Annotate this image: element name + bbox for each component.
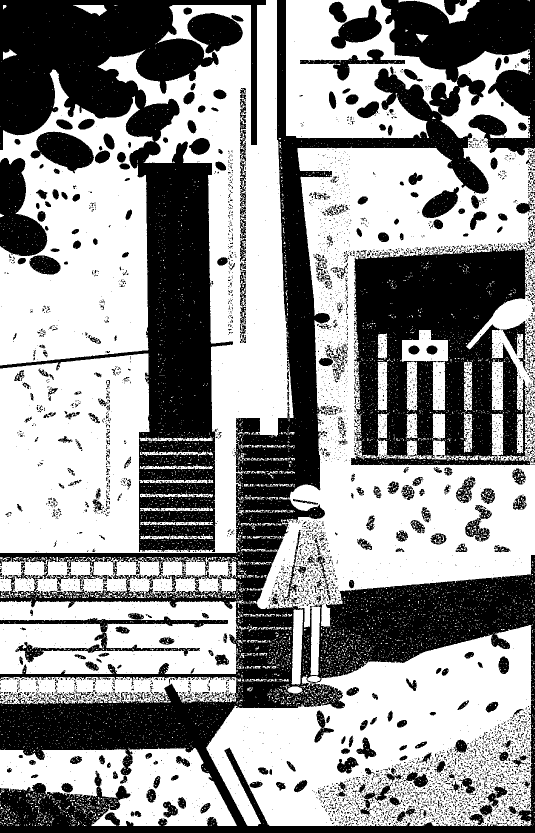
window-sign-mark <box>427 346 438 355</box>
left-border-top <box>0 0 3 150</box>
texture-blob <box>159 637 175 644</box>
brick <box>15 579 34 591</box>
brick <box>39 680 55 692</box>
texture-blob <box>423 774 426 778</box>
stripe <box>140 438 213 441</box>
bottom-border <box>0 826 535 833</box>
stripe <box>238 458 295 461</box>
brick <box>48 562 67 575</box>
brick <box>77 680 93 692</box>
stripe <box>238 614 295 617</box>
window-divider <box>483 332 488 455</box>
wall-streak-2 <box>228 150 233 335</box>
window-bar <box>517 334 523 453</box>
photo-scene <box>0 0 535 833</box>
brick <box>115 680 131 692</box>
texture-blob <box>281 518 289 523</box>
brick <box>94 562 113 575</box>
corner-highlight <box>260 145 278 435</box>
door-streak-2 <box>178 210 184 460</box>
window-mullion <box>357 410 525 414</box>
brick <box>140 562 159 575</box>
brick <box>2 562 21 575</box>
top-border <box>0 0 266 5</box>
dithered-photo <box>0 0 535 833</box>
pole-line-right <box>277 0 286 140</box>
texture-blob <box>176 143 183 162</box>
pipe-bracket <box>314 313 330 323</box>
stripe <box>238 484 295 487</box>
window-bar <box>492 330 503 455</box>
photo-canvas <box>0 0 535 833</box>
brick <box>0 579 11 591</box>
right-edge-lower <box>531 555 535 833</box>
child-hand <box>257 597 269 609</box>
stripe <box>238 627 295 630</box>
window-jamb-light <box>348 256 354 461</box>
child-face-shadow <box>307 507 325 519</box>
corner-highlight-top <box>259 0 275 145</box>
stripe <box>140 522 213 525</box>
texture-blob <box>50 249 59 252</box>
brick-course-lower <box>0 674 245 704</box>
stripe <box>238 679 295 682</box>
window-mullion <box>357 438 467 441</box>
stripe <box>238 471 295 474</box>
brick <box>1 680 17 692</box>
brick <box>191 680 207 692</box>
ledge-gap <box>468 138 488 148</box>
wall-streak-1 <box>240 88 246 343</box>
texture-blob <box>517 582 528 598</box>
window-latch <box>419 330 431 340</box>
child-shadow <box>267 683 343 707</box>
texture-blob <box>417 79 423 82</box>
stripe <box>140 536 213 539</box>
brick <box>153 579 172 591</box>
window-sign-mark <box>409 346 420 355</box>
brick <box>38 579 57 591</box>
texture-blob <box>490 158 497 170</box>
pipe-bracket <box>319 358 333 366</box>
wall-seam-line <box>300 60 405 64</box>
brick <box>210 680 226 692</box>
brick <box>58 680 74 692</box>
brick <box>199 579 218 591</box>
brick <box>176 579 195 591</box>
brick <box>130 579 149 591</box>
brick <box>71 562 90 575</box>
stripe <box>238 445 295 448</box>
stripe <box>140 466 213 469</box>
brick <box>84 579 103 591</box>
brick <box>134 680 150 692</box>
door-streak-1 <box>158 195 166 465</box>
brick <box>96 680 112 692</box>
child-leg-right <box>310 606 321 676</box>
child-shoe <box>307 676 321 683</box>
stripe <box>238 510 295 513</box>
brick <box>209 562 228 575</box>
right-border-top <box>530 0 535 145</box>
stripe <box>140 452 213 455</box>
window <box>344 242 535 469</box>
child-leg-left <box>291 609 304 685</box>
texture-blob <box>10 816 16 819</box>
ground-streak-2 <box>20 648 200 651</box>
pole-line-left <box>251 0 257 145</box>
brick <box>117 562 136 575</box>
brick <box>61 579 80 591</box>
brick <box>163 562 182 575</box>
child-shoe <box>287 686 303 694</box>
stripe <box>238 523 295 526</box>
stripe <box>140 480 213 483</box>
ledge <box>287 138 535 148</box>
brick <box>25 562 44 575</box>
wall-streak-3 <box>106 380 110 510</box>
brick <box>186 562 205 575</box>
texture-blob <box>128 142 131 148</box>
stripe <box>140 494 213 497</box>
corner-shadow <box>318 145 350 463</box>
window-bar <box>378 334 387 455</box>
ground-streak-1 <box>0 620 228 624</box>
brick <box>107 579 126 591</box>
stripe <box>140 508 213 511</box>
stripe <box>238 497 295 500</box>
brick <box>20 680 36 692</box>
